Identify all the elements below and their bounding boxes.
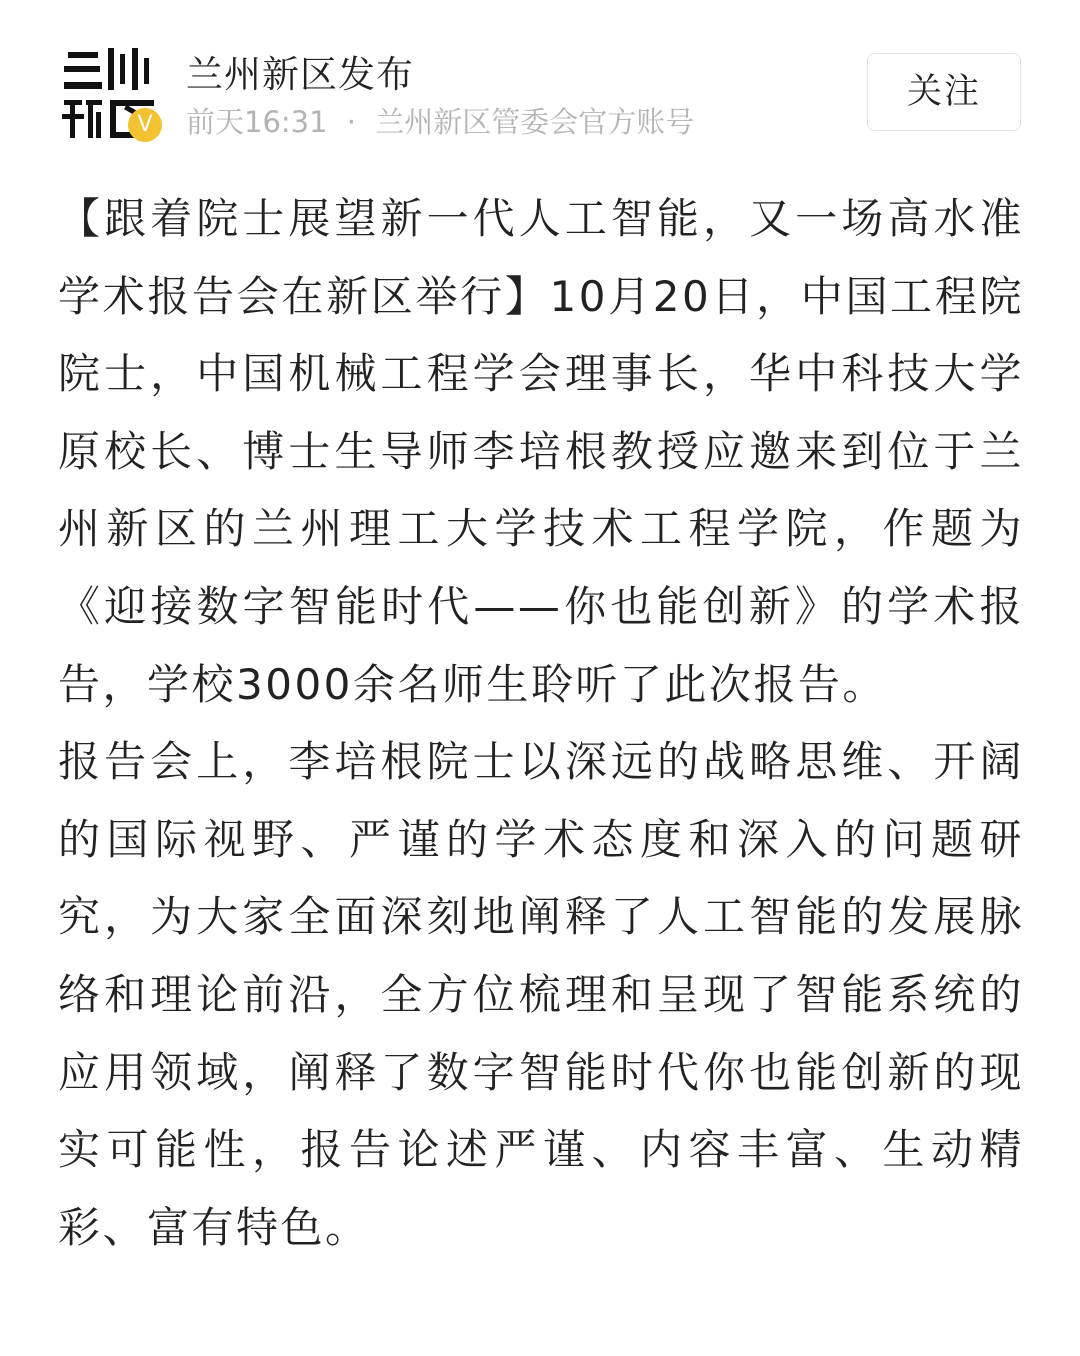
account-name[interactable]: 兰州新区发布 <box>186 44 414 98</box>
post-paragraph: 报告会上，李培根院士以深远的战略思维、开阔的国际视野、严谨的学术态度和深入的问题… <box>58 723 1024 1266</box>
meta-separator: · <box>347 105 356 139</box>
follow-button[interactable]: 关注 <box>867 53 1021 131</box>
post-content: 【跟着院士展望新一代人工智能，又一场高水准学术报告会在新区举行】10月20日，中… <box>58 180 1024 1266</box>
post-meta: 前天16:31 · 兰州新区管委会官方账号 <box>186 100 694 141</box>
post-paragraph: 【跟着院士展望新一代人工智能，又一场高水准学术报告会在新区举行】10月20日，中… <box>58 180 1024 723</box>
account-description: 兰州新区管委会官方账号 <box>375 105 694 139</box>
post-header: V 兰州新区发布 前天16:31 · 兰州新区管委会官方账号 关注 <box>0 0 1080 160</box>
verified-badge-icon: V <box>128 108 162 142</box>
post-time: 前天16:31 <box>186 105 328 139</box>
